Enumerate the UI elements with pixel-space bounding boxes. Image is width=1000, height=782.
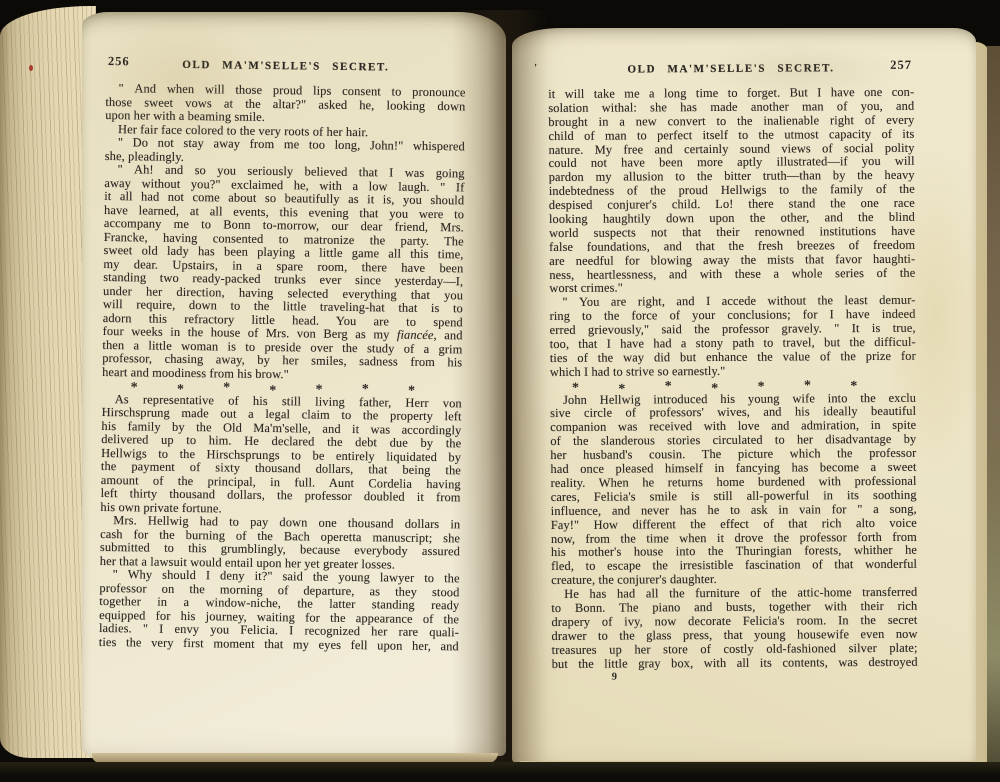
asterisk: * [315,384,322,398]
text-line: but the little gray box, with all its co… [552,655,918,671]
running-title-left: OLD MA'M'SELLE'S SECRET. [182,59,389,74]
right-page-header: ' OLD MA'M'SELLE'S SECRET. 257 [548,58,914,76]
left-page-header: 256 OLD MA'M'SELLE'S SECRET. [106,54,466,74]
asterisk: * [131,381,138,395]
right-page-lines: it will take me a long time to forget. B… [548,86,918,672]
asterisk: * [618,383,625,397]
asterisk: * [362,383,369,397]
asterisk: * [408,385,415,399]
asterisk: * [711,382,718,396]
asterisk: * [758,380,765,394]
open-book-photo: 256 OLD MA'M'SELLE'S SECRET. " And when … [0,0,1000,782]
right-page-number: 257 [890,58,912,73]
asterisk: * [572,382,579,396]
left-page-number: 256 [108,54,130,69]
running-title-right: OLD MA'M'SELLE'S SECRET. [627,62,834,75]
left-page: 256 OLD MA'M'SELLE'S SECRET. " And when … [82,12,506,756]
asterisk: * [804,379,811,393]
stray-ink-mark: ' [534,62,537,74]
asterisk: * [269,385,276,399]
book-cover-edge-right [987,46,1000,772]
left-page-lines: " And when will those proud lips consent… [99,82,466,653]
signature-mark: 9 [552,670,918,683]
red-speck [29,65,33,71]
text-line: ness, heartlessness, and with these a wh… [549,266,915,282]
text-line: ties the very first moment that my eyes … [99,635,459,653]
text-line: fled, to escape the irresistible fascina… [551,558,917,574]
asterisk: * [850,380,857,394]
right-page: ' OLD MA'M'SELLE'S SECRET. 257 it will t… [512,28,976,764]
asterisk: * [223,381,230,395]
right-page-text: ' OLD MA'M'SELLE'S SECRET. 257 it will t… [548,58,918,684]
text-line: ties of the way did but enhance the valu… [550,350,916,366]
asterisk: * [665,380,672,394]
left-page-text: 256 OLD MA'M'SELLE'S SECRET. " And when … [99,54,466,653]
asterisk: * [177,383,184,397]
book-cover-edge-bottom [0,762,1000,782]
text-line: which I had to strive so earnestly." [550,364,916,380]
